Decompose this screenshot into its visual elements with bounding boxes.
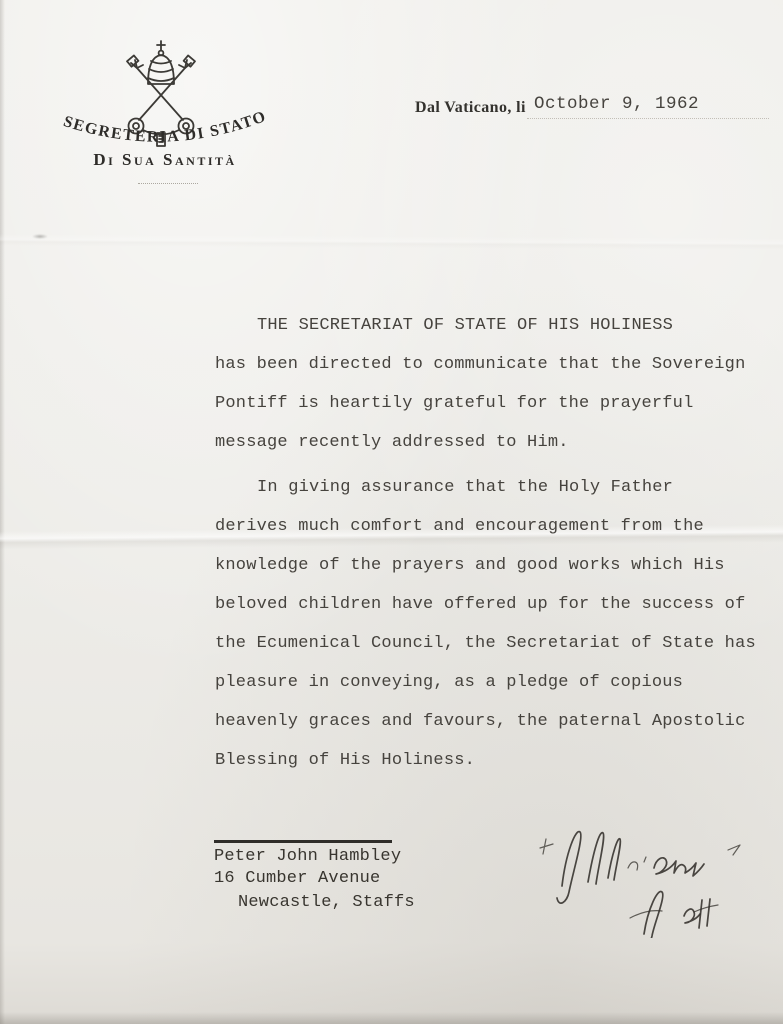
letterhead-dotted-rule — [138, 183, 198, 184]
recipient-address-block: Peter John Hambley 16 Cumber Avenue Newc… — [214, 840, 415, 914]
ink-smudge-mark — [32, 234, 48, 239]
recipient-city: Newcastle, Staffs — [214, 892, 415, 914]
paper-fold-crease-top — [0, 234, 783, 250]
body-line: knowledge of the prayers and good works … — [215, 546, 756, 585]
letterhead-subtitle: Di Sua Santità — [60, 150, 270, 170]
body-line: In giving assurance that the Holy Father — [215, 468, 756, 507]
body-line: the Ecumenical Council, the Secretariat … — [215, 624, 756, 663]
body-line: Blessing of His Holiness. — [215, 741, 756, 780]
letterhead-arc-text: SEGRETERIA DI STATO — [61, 108, 269, 146]
typed-rule-line — [214, 840, 392, 843]
body-line: pleasure in conveying, as a pledge of co… — [215, 663, 756, 702]
dateline-printed-label: Dal Vaticano, li — [415, 99, 526, 117]
body-line: has been directed to communicate that th… — [215, 345, 756, 384]
dateline-typed-date: October 9, 1962 — [534, 94, 699, 114]
handwritten-signature — [524, 786, 776, 938]
body-line: derives much comfort and encouragement f… — [215, 507, 756, 546]
body-line: Pontiff is heartily grateful for the pra… — [215, 384, 756, 423]
recipient-name: Peter John Hambley — [214, 846, 415, 868]
body-line: beloved children have offered up for the… — [215, 585, 756, 624]
svg-text:SEGRETERIA DI STATO: SEGRETERIA DI STATO — [61, 108, 269, 146]
letter-body: THE SECRETARIAT OF STATE OF HIS HOLINESS… — [215, 306, 756, 780]
dateline-rule — [527, 118, 769, 119]
body-line: heavenly graces and favours, the paterna… — [215, 702, 756, 741]
recipient-street: 16 Cumber Avenue — [214, 868, 415, 890]
body-line: message recently addressed to Him. — [215, 423, 756, 462]
body-line: THE SECRETARIAT OF STATE OF HIS HOLINESS — [215, 306, 756, 345]
letter-document: SEGRETERIA DI STATO Di Sua Santità Dal V… — [0, 0, 783, 1024]
